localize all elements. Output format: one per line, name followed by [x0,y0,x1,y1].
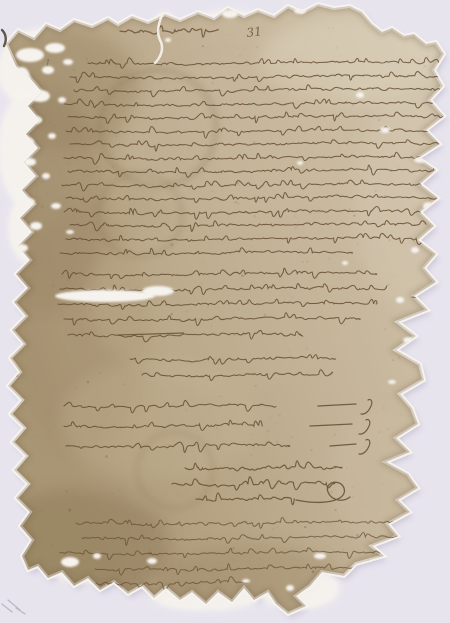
tear-hole [286,585,294,591]
tear-hole [63,59,73,65]
tear-hole [297,161,303,165]
tear-hole [356,92,364,98]
tear-hole [42,173,50,179]
tear-hole [380,127,390,133]
manuscript-svg: 31 1 [0,0,450,623]
tear-hole [165,38,171,42]
tear-hole [342,261,348,265]
tear-hole [30,222,42,230]
tear-hole [93,553,101,559]
tear-hole [45,43,65,53]
tear-hole [48,133,56,139]
tear-hole [66,230,74,234]
tear-hole [16,48,44,62]
tear-hole [147,558,157,564]
tear-hole [314,553,326,559]
tear-hole [42,66,54,74]
manuscript-photo: 31 1 [0,0,450,623]
tear-hole [58,97,66,103]
tear-hole [388,380,396,384]
stain [120,60,360,220]
tear-hole [55,290,155,302]
folio-number: 31 [246,24,263,40]
tear-hole [61,557,79,567]
tear-hole [411,247,419,253]
tear-hole [396,297,404,303]
tear-hole [142,286,174,296]
tear-hole [242,579,250,583]
tear-hole [51,203,61,209]
